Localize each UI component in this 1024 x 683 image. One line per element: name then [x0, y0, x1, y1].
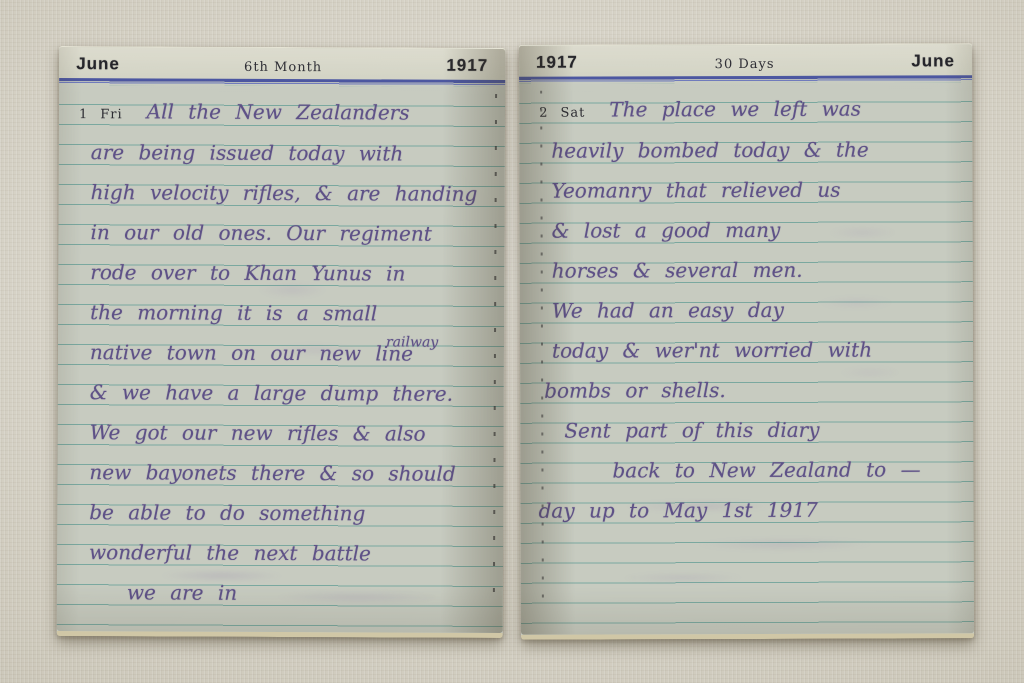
handwritten-line: We got our new rifles & also: [90, 412, 494, 454]
handwritten-line: high velocity rifles, & are handing: [91, 172, 495, 214]
right-page-days-count-label: 30 Days: [715, 57, 775, 72]
handwritten-line: bombs or shells.: [544, 369, 963, 410]
right-entry-date-row: 2 Sat The place we left was: [537, 87, 962, 130]
handwritten-line: native town on our new linerailway: [90, 332, 494, 374]
left-page-header: June 6th Month 1917: [59, 47, 505, 80]
left-entry-date-row: 1 Fri All the New Zealanders: [77, 90, 495, 134]
left-page-year-label: 1917: [446, 56, 488, 76]
handwritten-line: Yeomanry that relieved us: [551, 169, 962, 210]
handwritten-line: The place we left was: [609, 88, 861, 131]
right-page-lines: heavily bombed today & theYeomanry that …: [537, 129, 963, 530]
handwritten-line: We had an easy day: [552, 289, 963, 330]
handwritten-line: & lost a good many: [552, 209, 963, 250]
left-entry-day-name: Fri: [100, 94, 123, 136]
handwritten-line: be able to do something: [89, 492, 493, 534]
right-page-body: 2 Sat The place we left was heavily bomb…: [519, 82, 974, 635]
handwritten-line: in our old ones. Our regiment: [90, 212, 494, 254]
handwritten-line: Sent part of this diary: [564, 409, 963, 450]
handwritten-line: day up to May 1st 1917: [539, 489, 964, 530]
inserted-word-above-line: railway: [386, 335, 438, 349]
handwritten-line: All the New Zealanders: [147, 90, 410, 133]
handwritten-line: today & wer'nt worried with: [552, 329, 963, 370]
handwritten-line: back to New Zealand to —: [612, 449, 963, 490]
handwritten-line: wonderful the next battle: [89, 532, 493, 574]
handwritten-line: rode over to Khan Yunus in: [90, 252, 494, 294]
right-page-header: 1917 30 Days June: [519, 44, 972, 77]
handwritten-line: heavily bombed today & the: [551, 129, 962, 170]
right-page-year-label: 1917: [536, 53, 578, 73]
left-page-lines: are being issued today withhigh velocity…: [75, 132, 495, 614]
left-page-month-ordinal-label: 6th Month: [244, 60, 322, 75]
handwritten-line: horses & several men.: [552, 249, 963, 290]
left-page-body: 1 Fri All the New Zealanders are being i…: [57, 85, 505, 633]
left-page: June 6th Month 1917 1 Fri All the New Ze…: [57, 46, 506, 638]
diary-photograph: June 6th Month 1917 1 Fri All the New Ze…: [0, 0, 1024, 683]
right-page: 1917 30 Days June 2 Sat The place we lef…: [519, 43, 974, 640]
right-entry-day-name: Sat: [560, 93, 585, 135]
handwritten-line: we are in: [127, 572, 493, 614]
right-page-month-label: June: [911, 51, 955, 71]
left-page-month-label: June: [76, 54, 120, 74]
handwritten-line: new bayonets there & so should: [89, 452, 493, 494]
left-entry-day-number: 1: [79, 94, 88, 136]
handwritten-line: are being issued today with: [91, 132, 495, 174]
handwritten-line: & we have a large dump there.: [90, 372, 494, 414]
handwritten-line: the morning it is a small: [90, 292, 494, 334]
